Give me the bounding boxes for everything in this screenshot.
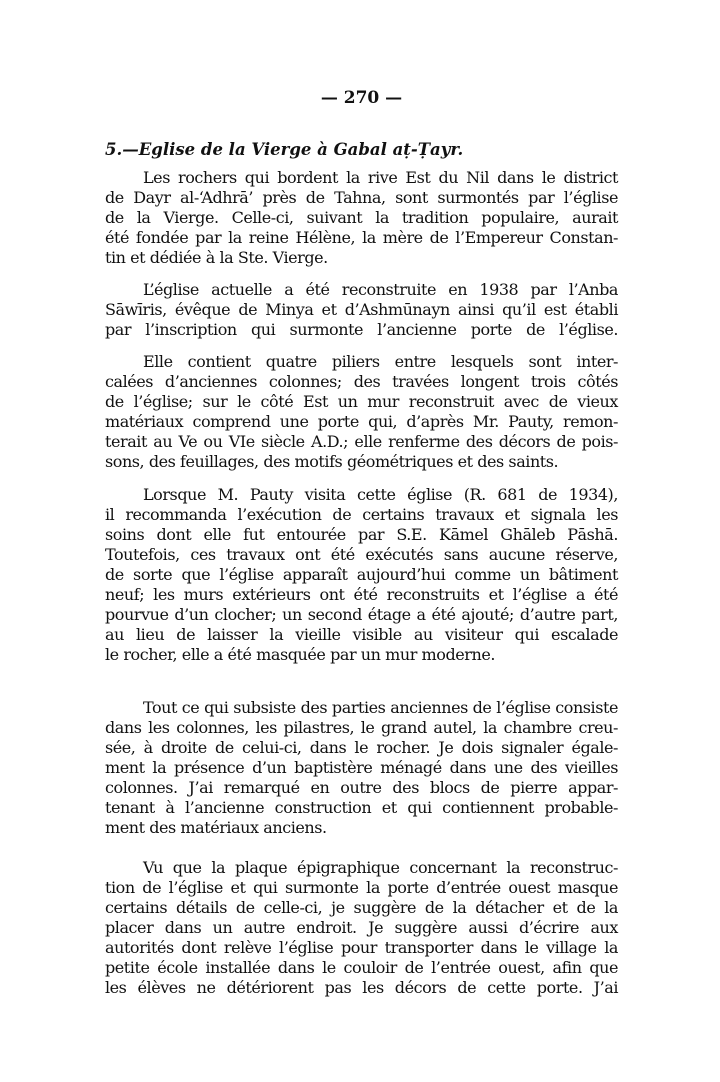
text-line: L’église actuelle a été reconstruite en …: [143, 280, 618, 300]
text-line: placer dans un autre endroit. Je suggère…: [105, 918, 618, 938]
text-line: sée, à droite de celui-ci, dans le roche…: [105, 738, 618, 758]
text-line: le rocher, elle a été masquée par un mur…: [105, 645, 618, 665]
text-line: sons, des feuillages, des motifs géométr…: [105, 452, 618, 472]
text-line: tenant à l’ancienne construction et qui …: [105, 798, 618, 818]
text-line: Toutefois, ces travaux ont été exécutés …: [105, 545, 618, 565]
text-line: tion de l’église et qui surmonte la port…: [105, 878, 618, 898]
text-line: pourvue d’un clocher; un second étage a …: [105, 605, 618, 625]
text-line: matériaux comprend une porte qui, d’aprè…: [105, 412, 618, 432]
text-line: de Dayr al-‘Adhrā’ près de Tahna, sont s…: [105, 188, 618, 208]
text-line: ment des matériaux anciens.: [105, 818, 618, 838]
text-line: autorités dont relève l’église pour tran…: [105, 938, 618, 958]
text-line: Tout ce qui subsiste des parties ancienn…: [143, 698, 618, 718]
text-line: Lorsque M. Pauty visita cette église (R.…: [143, 485, 618, 505]
text-line: été fondée par la reine Hélène, la mère …: [105, 228, 618, 248]
text-line: Elle contient quatre piliers entre lesqu…: [143, 352, 618, 372]
text-line: certains détails de celle-ci, je suggère…: [105, 898, 618, 918]
section-title: 5.—Eglise de la Vierge à Gabal aṭ-Ṭayr.: [105, 140, 618, 159]
text-line: petite école installée dans le couloir d…: [105, 958, 618, 978]
text-line: Vu que la plaque épigraphique concernant…: [143, 858, 618, 878]
text-line: par l’inscription qui surmonte l’ancienn…: [105, 320, 618, 340]
text-line: de la Vierge. Celle-ci, suivant la tradi…: [105, 208, 618, 228]
text-line: neuf; les murs extérieurs ont été recons…: [105, 585, 618, 605]
text-line: tin et dédiée à la Ste. Vierge.: [105, 248, 618, 268]
text-line: Les rochers qui bordent la rive Est du N…: [143, 168, 618, 188]
text-line: terait au Ve ou VIe siècle A.D.; elle re…: [105, 432, 618, 452]
text-line: au lieu de laisser la vieille visible au…: [105, 625, 618, 645]
text-line: de l’église; sur le côté Est un mur reco…: [105, 392, 618, 412]
text-line: colonnes. J’ai remarqué en outre des blo…: [105, 778, 618, 798]
text-line: les élèves ne détériorent pas les décors…: [105, 978, 618, 998]
text-line: de sorte que l’église apparaît aujourd’h…: [105, 565, 618, 585]
text-line: il recommanda l’exécution de certains tr…: [105, 505, 618, 525]
text-line: calées d’anciennes colonnes; des travées…: [105, 372, 618, 392]
text-line: ment la présence d’un baptistère ménagé …: [105, 758, 618, 778]
page-number: — 270 —: [105, 88, 618, 108]
text-line: Sāwīris, évêque de Minya et d’Ashmūnayn …: [105, 300, 618, 320]
text-line: soins dont elle fut entourée par S.E. Kā…: [105, 525, 618, 545]
text-line: dans les colonnes, les pilastres, le gra…: [105, 718, 618, 738]
